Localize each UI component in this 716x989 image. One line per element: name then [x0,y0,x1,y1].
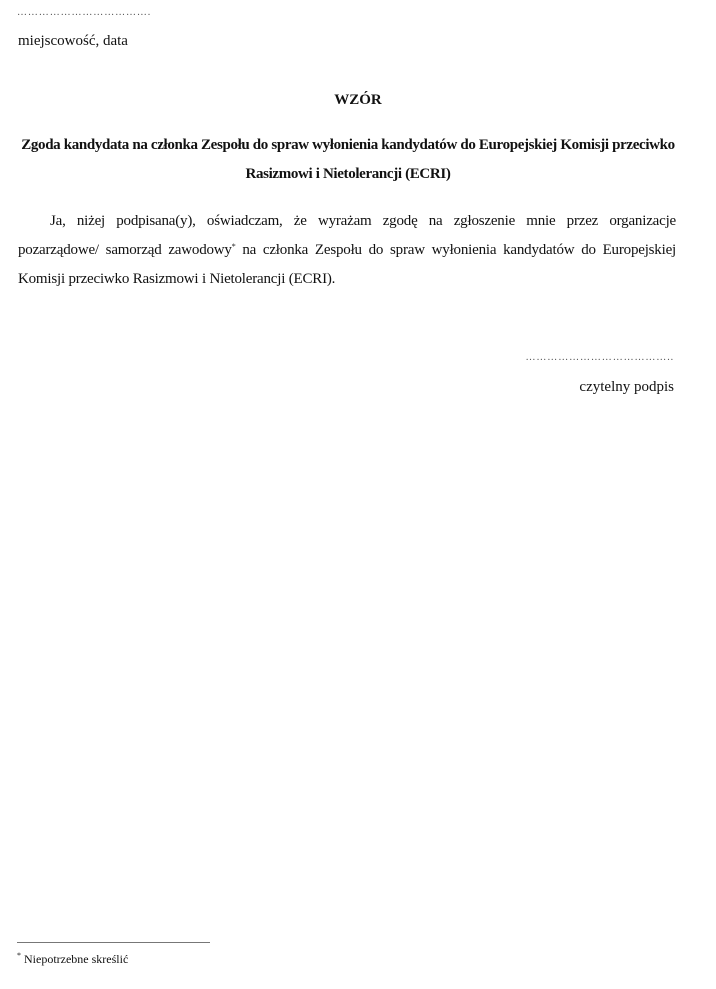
place-date-label: miejscowość, data [18,32,128,50]
consent-statement: Ja, niżej podpisana(y), oświadczam, że w… [18,207,676,294]
document-title: WZÓR [0,91,716,109]
footnote-divider [17,942,210,943]
place-date-dotted-line: ………………………………. [17,8,151,18]
footnote-text: Niepotrzebne skreślić [21,952,128,966]
signature-label: czytelny podpis [579,378,674,396]
signature-dotted-line: ………………………………….. [526,353,675,363]
document-subtitle: Zgoda kandydata na członka Zespołu do sp… [18,131,678,189]
footnote: * Niepotrzebne skreślić [17,952,128,966]
